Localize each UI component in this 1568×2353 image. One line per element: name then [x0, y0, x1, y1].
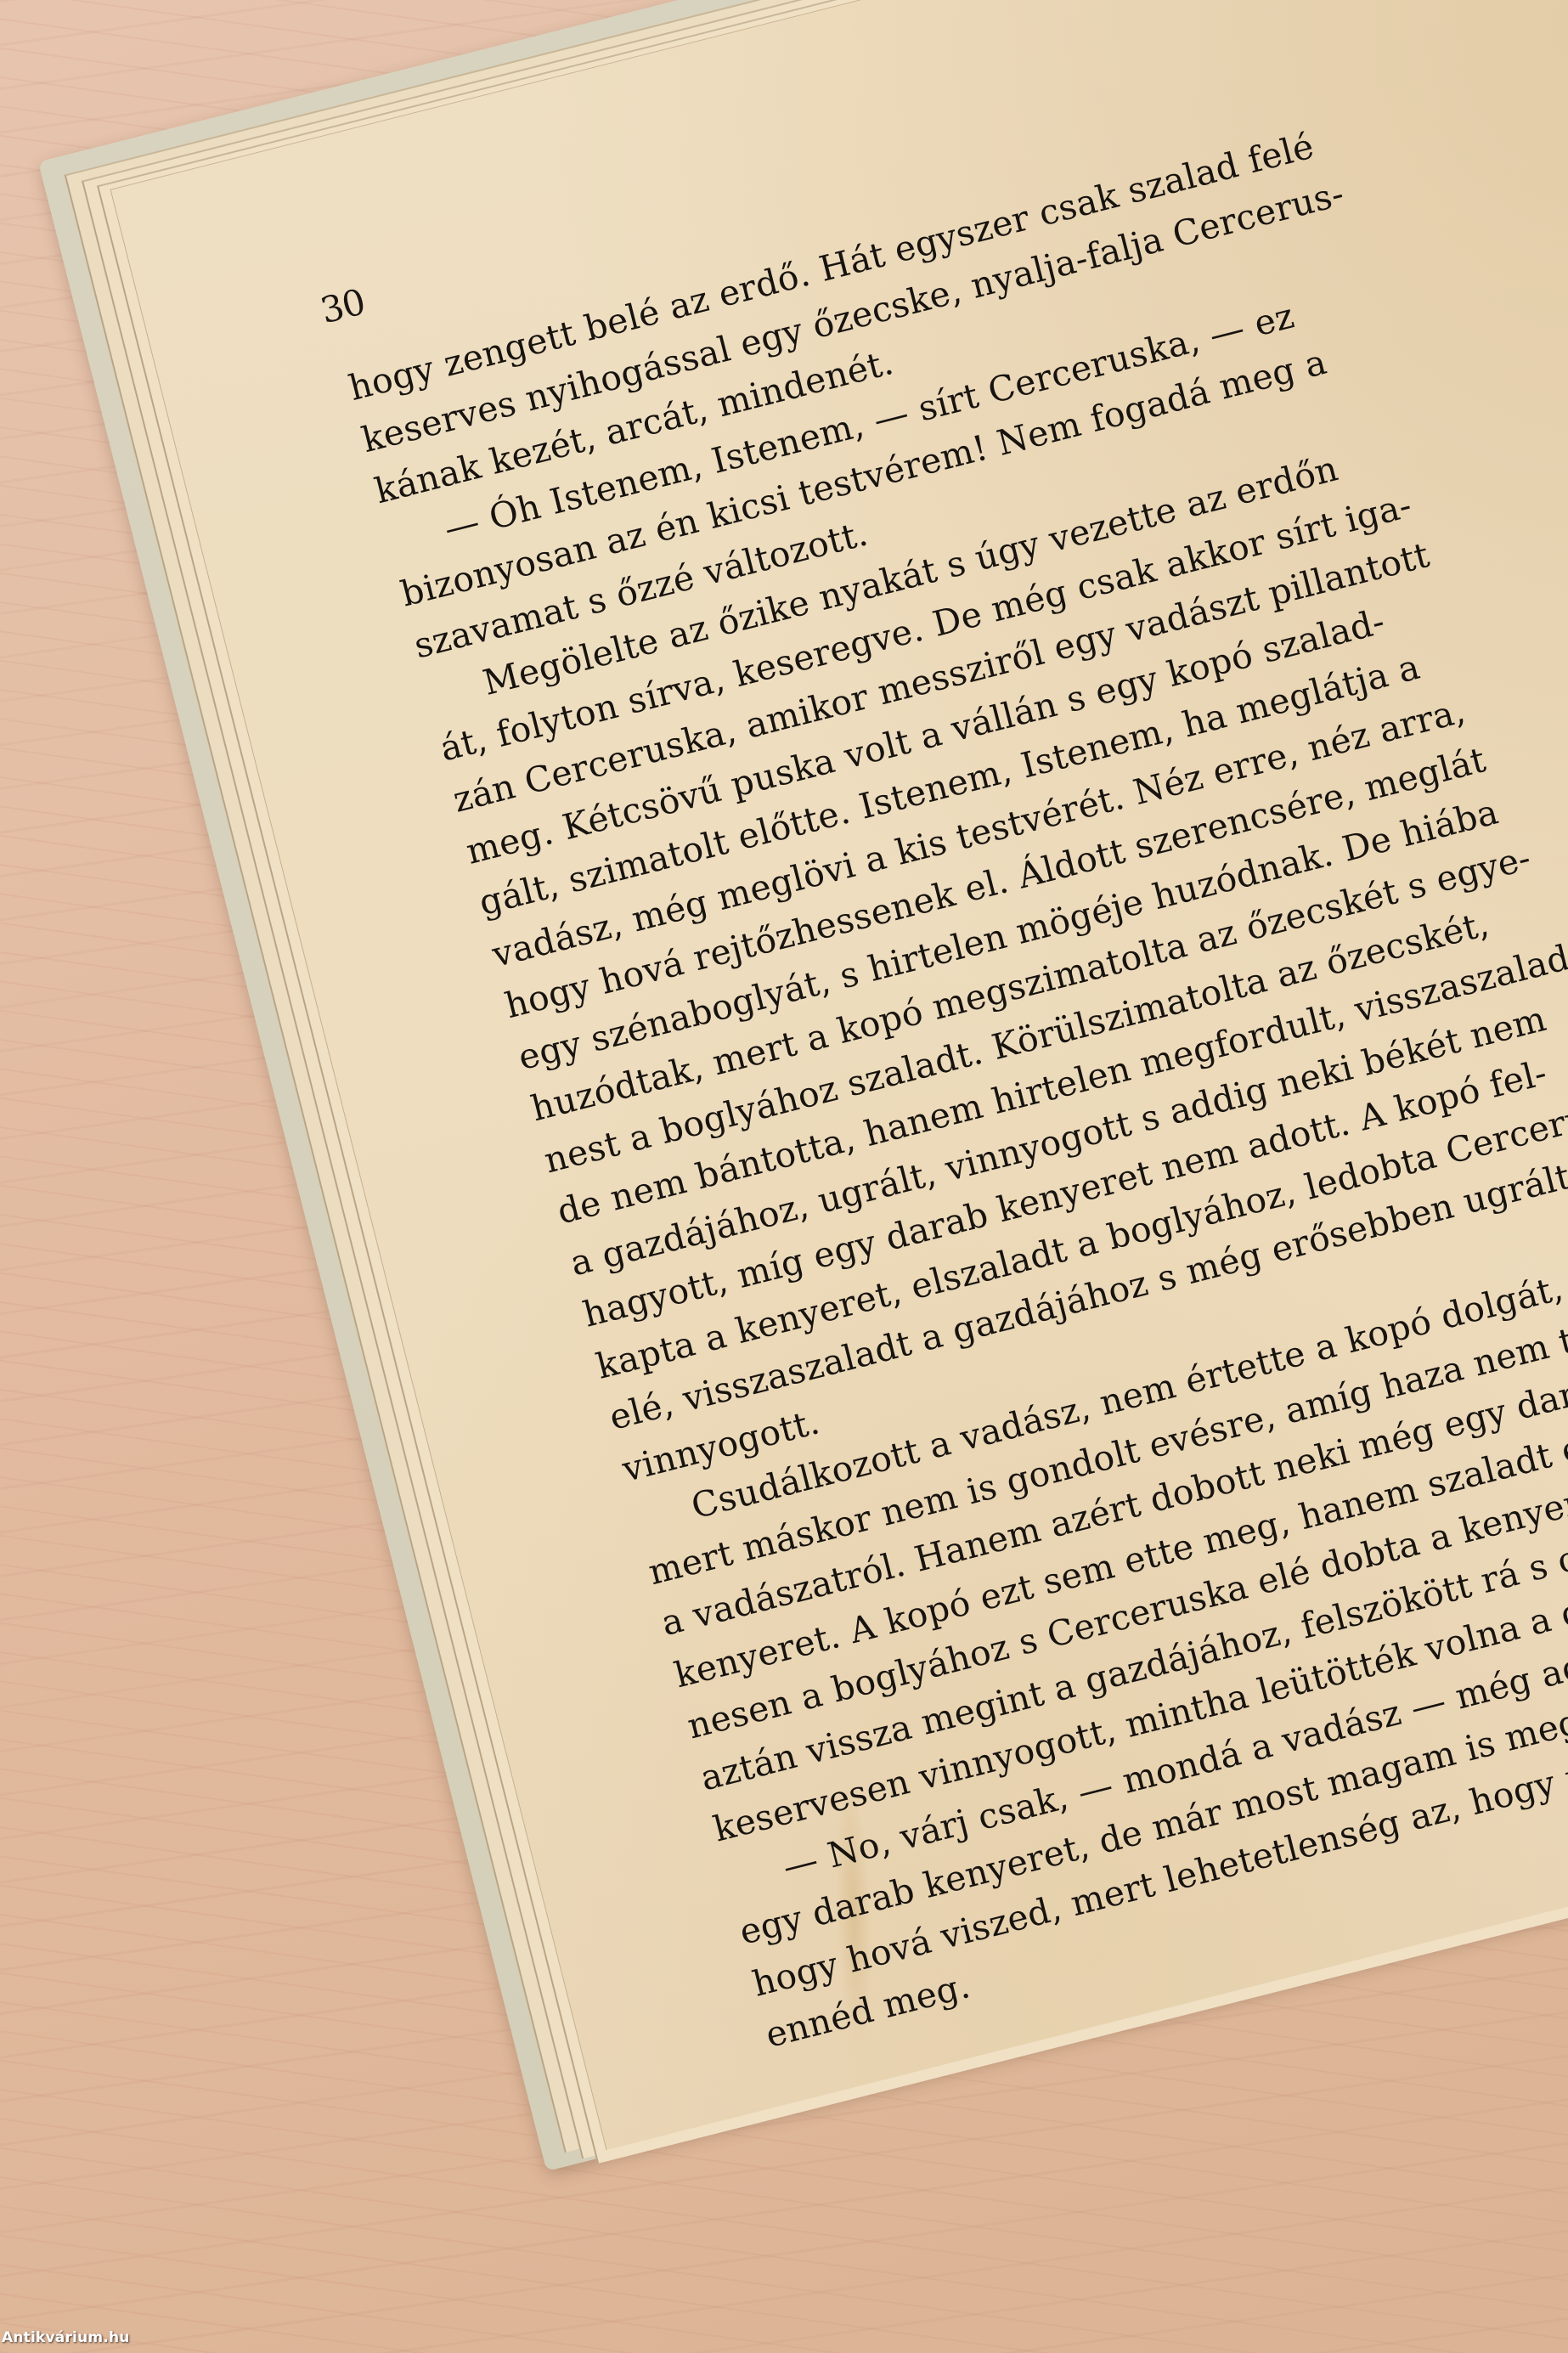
- watermark: Antikvárium.hu: [2, 2329, 130, 2346]
- page-number: 30: [316, 280, 369, 331]
- book: 30 hogy zengett belé az erdő. Hát egysze…: [38, 0, 1568, 2220]
- body-text: hogy zengett belé az erdő. Hát egyszer c…: [343, 97, 1568, 2062]
